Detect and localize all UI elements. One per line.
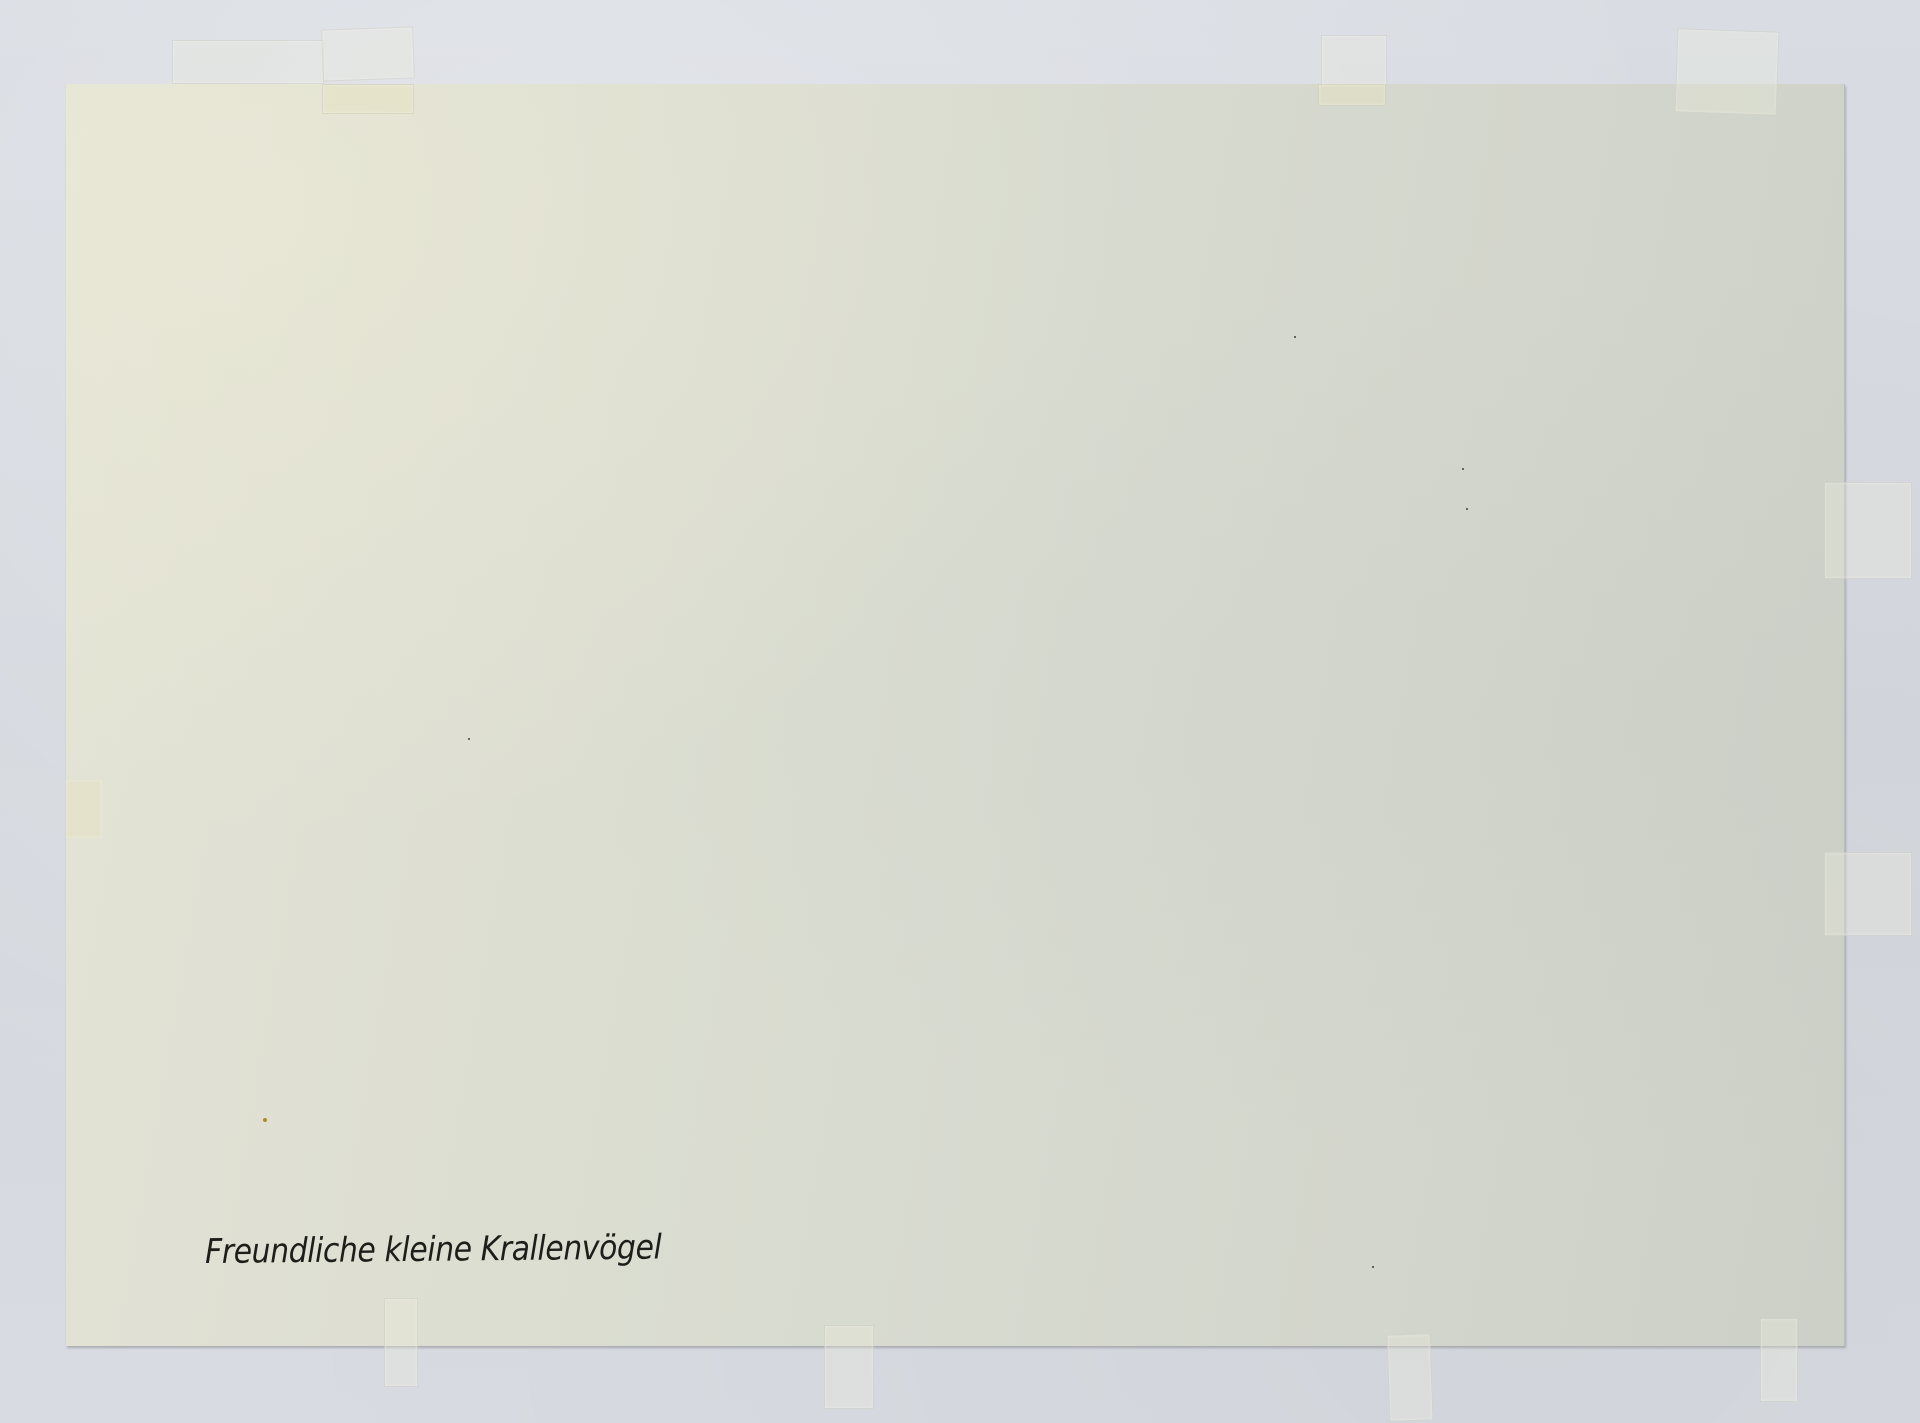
paper-speck [1294, 336, 1296, 338]
paper-speck [263, 1118, 267, 1122]
tape-strip [1675, 28, 1780, 116]
paper-speck [1466, 508, 1468, 510]
tape-strip [1318, 84, 1386, 106]
tape-strip [1824, 482, 1912, 579]
tape-strip [384, 1298, 418, 1387]
paper-sheet [66, 84, 1845, 1346]
tape-strip [824, 1325, 874, 1409]
paper-speck [1462, 468, 1464, 470]
tape-strip [322, 84, 414, 114]
paper-speck [1372, 1266, 1374, 1268]
tape-strip [321, 26, 415, 81]
tape-strip [1321, 35, 1387, 86]
tape-strip [172, 40, 324, 84]
handwritten-caption: Freundliche kleine Krallenvögel [205, 1227, 662, 1272]
tape-strip [66, 780, 102, 838]
tape-strip [1760, 1318, 1798, 1402]
tape-strip [1386, 1333, 1433, 1421]
tape-strip [1824, 852, 1912, 936]
paper-speck [468, 738, 470, 740]
